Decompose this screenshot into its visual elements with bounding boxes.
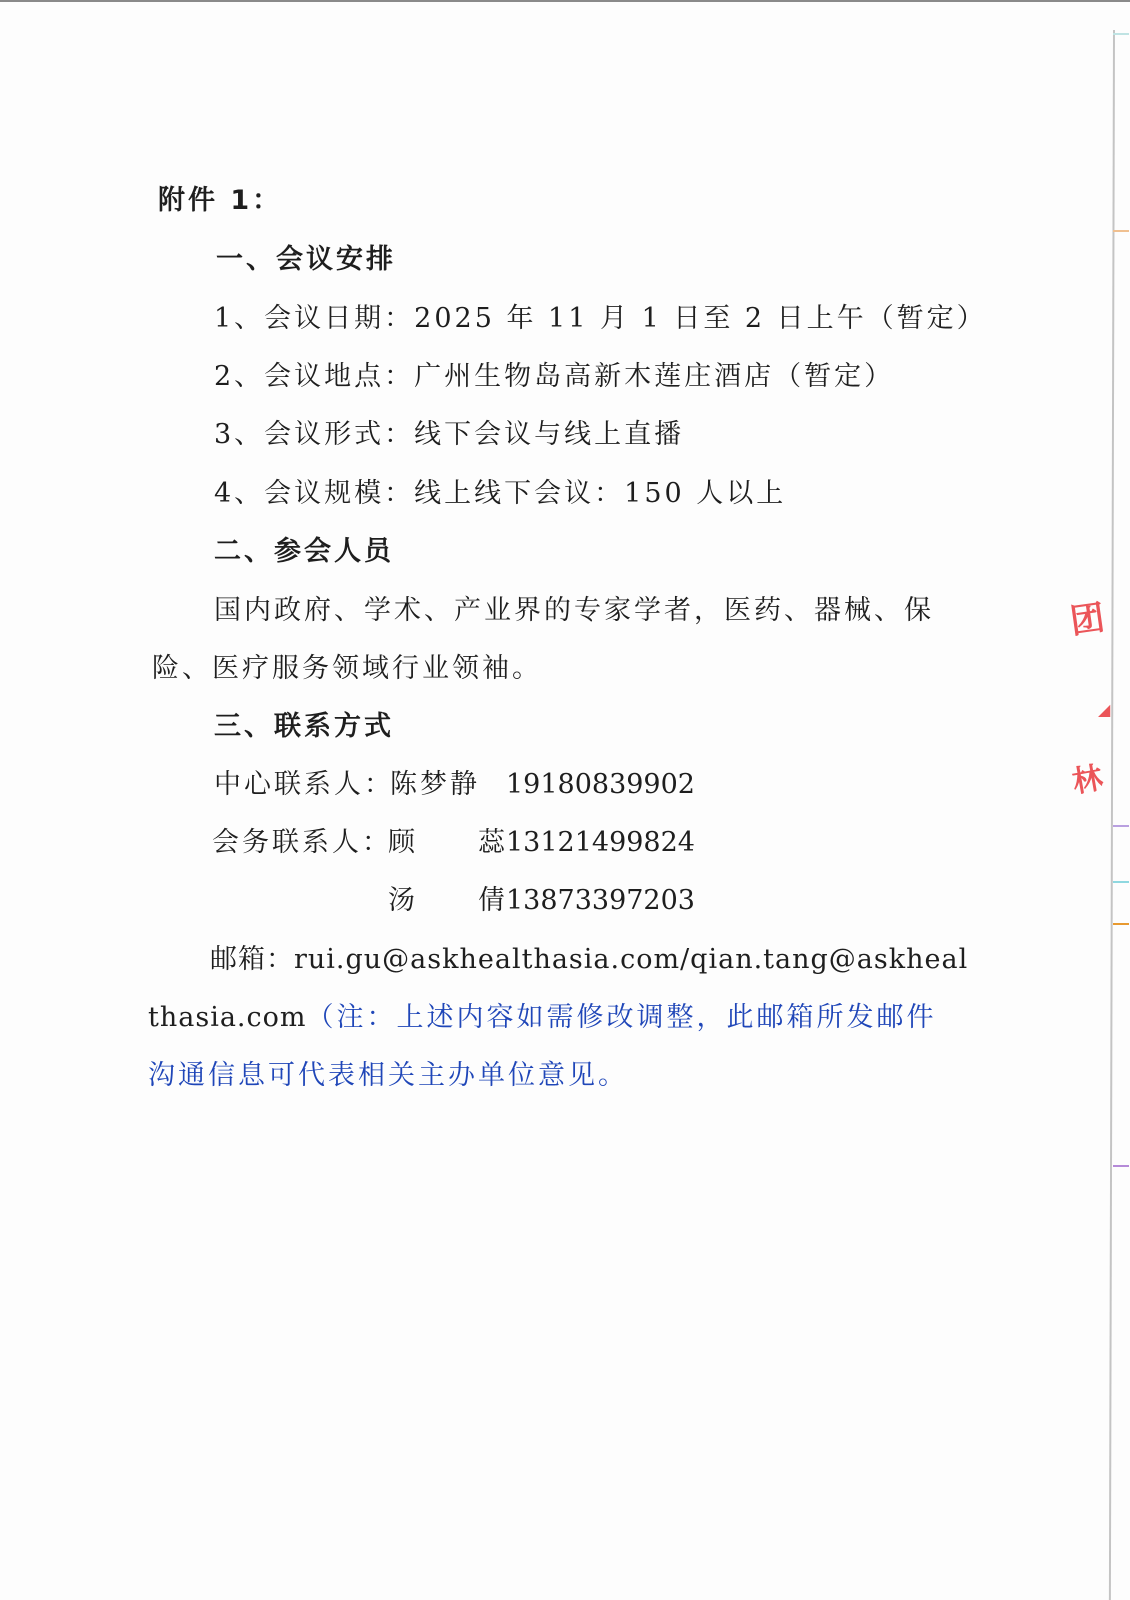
contact-name: 陈梦静 (390, 768, 480, 802)
contact-role: 会务联系人： (212, 826, 392, 860)
contact-phone: 13873397203 (506, 884, 695, 918)
meeting-format: 3、会议形式：线下会议与线上直播 (214, 418, 684, 452)
section-heading-attendees: 二、参会人员 (214, 535, 394, 569)
meeting-scale: 4、会议规模：线上线下会议：150 人以上 (214, 477, 786, 511)
attendees-paragraph-line2: 险、医疗服务领域行业领袖。 (152, 652, 542, 686)
section-heading-arrangement: 一、会议安排 (216, 243, 396, 277)
contact-phone: 13121499824 (506, 826, 695, 860)
meeting-venue: 2、会议地点：广州生物岛高新木莲庄酒店（暂定） (214, 360, 894, 394)
contact-row: 会务联系人： 顾 蕊 13121499824 (212, 826, 692, 860)
email-line2: thasia.com（注：上述内容如需修改调整，此邮箱所发邮件 (148, 1001, 937, 1035)
document-page: 附件 1： 一、会议安排 1、会议日期：2025 年 11 月 1 日至 2 日… (0, 0, 1130, 1600)
contact-name: 汤 倩 (388, 884, 508, 918)
note-text-end: 沟通信息可代表相关主办单位意见。 (148, 1059, 628, 1093)
meeting-date: 1、会议日期：2025 年 11 月 1 日至 2 日上午（暂定） (214, 302, 987, 336)
attachment-label: 附件 1： (158, 184, 282, 218)
email-continued: thasia.com (148, 1002, 307, 1033)
contact-role: 中心联系人： (214, 768, 394, 802)
attendees-paragraph-line1: 国内政府、学术、产业界的专家学者，医药、器械、保 (214, 594, 934, 628)
section-heading-contact: 三、联系方式 (214, 710, 394, 744)
contact-name: 顾 蕊 (388, 826, 508, 860)
email-line1: 邮箱：rui.gu@askhealthasia.com/qian.tang@as… (210, 943, 968, 977)
contact-phone: 19180839902 (506, 768, 695, 802)
contact-row: 中心联系人： 陈梦静 19180839902 (214, 768, 694, 802)
contact-row: 汤 倩 13873397203 (212, 884, 692, 918)
note-text-start: （注：上述内容如需修改调整，此邮箱所发邮件 (307, 1002, 937, 1033)
